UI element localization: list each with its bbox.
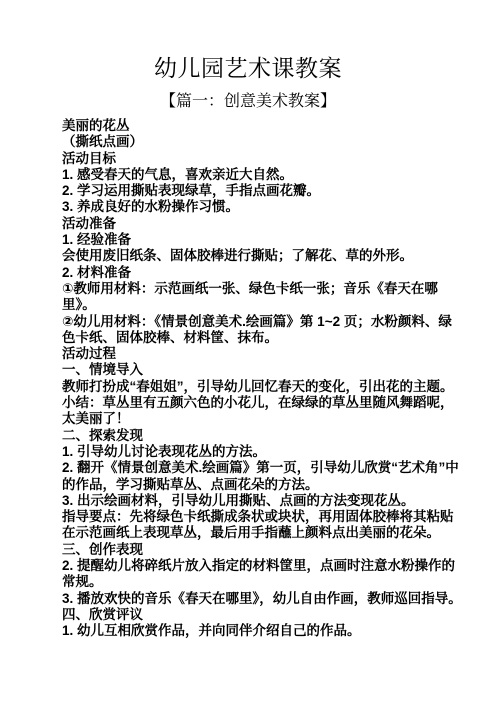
text-line: 2. 学习运用撕贴表现绿草，手指点画花瓣。 <box>62 183 462 199</box>
text-line: 二、探索发现 <box>62 428 462 444</box>
text-line: ②幼儿用材料：《情景创意美术.绘画篇》第 1~2 页；水粉颜料、绿 <box>62 314 462 330</box>
text-line: 1. 经验准备 <box>62 232 462 248</box>
text-line: 里》。 <box>62 297 462 313</box>
text-line: 常规。 <box>62 574 462 590</box>
text-line: 1. 幼儿互相欣赏作品，并向同伴介绍自己的作品。 <box>62 623 462 639</box>
document-subtitle: 【篇一：创意美术教案】 <box>0 93 496 111</box>
document-page: 幼儿园艺术课教案 【篇一：创意美术教案】 美丽的花丛（撕纸点画）活动目标1. 感… <box>0 0 496 702</box>
text-line: （撕纸点画） <box>62 134 462 150</box>
text-line: 指导要点：先将绿色卡纸撕成条状或块状，再用固体胶棒将其粘贴 <box>62 509 462 525</box>
text-line: 活动目标 <box>62 151 462 167</box>
text-line: 小结：草丛里有五颜六色的小花儿，在绿绿的草丛里随风舞蹈呢， <box>62 395 462 411</box>
text-line: 色卡纸、固体胶棒、材料筐、抹布。 <box>62 330 462 346</box>
text-line: 3. 播放欢快的音乐《春天在哪里》，幼儿自由作画，教师巡回指导。 <box>62 591 462 607</box>
text-line: 3. 养成良好的水粉操作习惯。 <box>62 199 462 215</box>
text-line: 四、欣赏评议 <box>62 607 462 623</box>
text-line: 太美丽了！ <box>62 411 462 427</box>
text-line: ①教师用材料：示范画纸一张、绿色卡纸一张；音乐《春天在哪 <box>62 281 462 297</box>
text-line: 2. 材料准备 <box>62 265 462 281</box>
text-line: 在示范画纸上表现草丛，最后用手指蘸上颜料点出美丽的花朵。 <box>62 525 462 541</box>
text-line: 的作品，学习撕贴草丛、点画花朵的方法。 <box>62 477 462 493</box>
text-line: 2. 翻开《情景创意美术.绘画篇》第一页，引导幼儿欣赏“艺术角”中 <box>62 460 462 476</box>
text-line: 会使用废旧纸条、固体胶棒进行撕贴；了解花、草的外形。 <box>62 248 462 264</box>
text-line: 活动过程 <box>62 346 462 362</box>
text-line: 美丽的花丛 <box>62 118 462 134</box>
text-line: 3. 出示绘画材料，引导幼儿用撕贴、点画的方法变现花丛。 <box>62 493 462 509</box>
text-line: 2. 提醒幼儿将碎纸片放入指定的材料筐里，点画时注意水粉操作的 <box>62 558 462 574</box>
text-line: 活动准备 <box>62 216 462 232</box>
document-body: 美丽的花丛（撕纸点画）活动目标1. 感受春天的气息，喜欢亲近大自然。2. 学习运… <box>62 118 462 640</box>
document-title: 幼儿园艺术课教案 <box>0 56 496 81</box>
text-line: 教师打扮成“春姐姐”，引导幼儿回忆春天的变化，引出花的主题。 <box>62 379 462 395</box>
text-line: 1. 引导幼儿讨论表现花丛的方法。 <box>62 444 462 460</box>
text-line: 1. 感受春天的气息，喜欢亲近大自然。 <box>62 167 462 183</box>
text-line: 一、情境导入 <box>62 362 462 378</box>
text-line: 三、创作表现 <box>62 542 462 558</box>
